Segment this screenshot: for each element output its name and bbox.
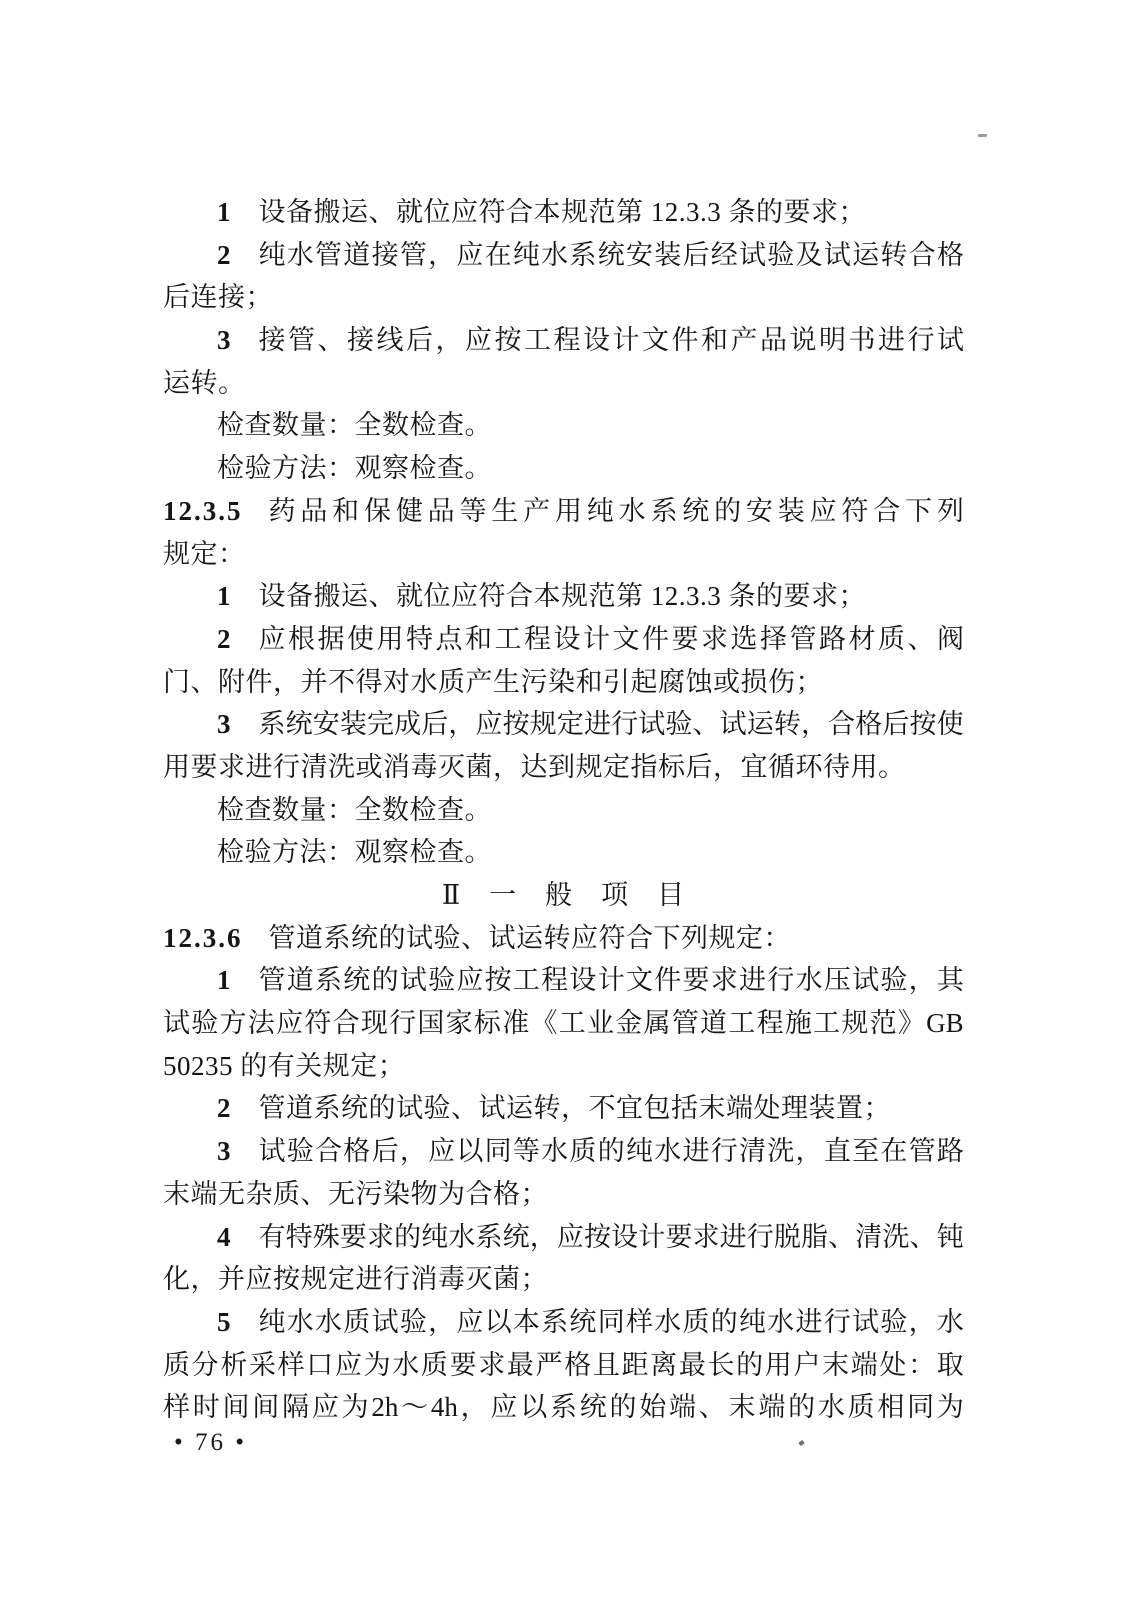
text-line: 检查数量：全数检查。 bbox=[163, 789, 964, 832]
item-number: 3 bbox=[217, 1130, 233, 1173]
line-text: 化，并应按规定进行消毒灭菌； bbox=[163, 1258, 548, 1301]
line-text: 纯水水质试验，应以本系统同样水质的纯水进行试验，水 bbox=[259, 1301, 965, 1344]
numbered-line: 12.3.5药品和保健品等生产用纯水系统的安装应符合下列 bbox=[163, 490, 964, 533]
line-text: 纯水管道接管，应在纯水系统安装后经试验及试运转合格 bbox=[259, 234, 965, 277]
text-line: 门、附件，并不得对水质产生污染和引起腐蚀或损伤； bbox=[163, 661, 964, 704]
item-number: 2 bbox=[217, 1087, 233, 1130]
line-text: 用要求进行清洗或消毒灭菌，达到规定指标后，宜循环待用。 bbox=[163, 746, 906, 789]
numbered-line: 5纯水水质试验，应以本系统同样水质的纯水进行试验，水 bbox=[163, 1301, 964, 1344]
text-line: 50235 的有关规定； bbox=[163, 1045, 964, 1088]
numbered-line: 3接管、接线后，应按工程设计文件和产品说明书进行试 bbox=[163, 319, 964, 362]
text-line: 用要求进行清洗或消毒灭菌，达到规定指标后，宜循环待用。 bbox=[163, 746, 964, 789]
numbered-line: 3系统安装完成后，应按规定进行试验、试运转，合格后按使 bbox=[163, 703, 964, 746]
line-text: 试验合格后，应以同等水质的纯水进行清洗，直至在管路 bbox=[259, 1130, 965, 1173]
numbered-line: 2纯水管道接管，应在纯水系统安装后经试验及试运转合格 bbox=[163, 234, 964, 277]
section-heading: Ⅱ 一 般 项 目 bbox=[163, 874, 964, 917]
line-text: 检验方法：观察检查。 bbox=[217, 447, 492, 490]
numbered-line: 1设备搬运、就位应符合本规范第 12.3.3 条的要求； bbox=[163, 575, 964, 618]
text-body: 1设备搬运、就位应符合本规范第 12.3.3 条的要求；2纯水管道接管，应在纯水… bbox=[163, 191, 964, 1429]
numbered-line: 12.3.6管道系统的试验、试运转应符合下列规定： bbox=[163, 917, 964, 960]
page-number: • 76 • bbox=[174, 1429, 247, 1457]
text-line: 检查数量：全数检查。 bbox=[163, 404, 964, 447]
line-text: 有特殊要求的纯水系统，应按设计要求进行脱脂、清洗、钝 bbox=[259, 1216, 965, 1259]
line-text: 设备搬运、就位应符合本规范第 12.3.3 条的要求； bbox=[259, 191, 867, 234]
numbered-line: 2管道系统的试验、试运转，不宜包括末端处理装置； bbox=[163, 1087, 964, 1130]
numbered-line: 4有特殊要求的纯水系统，应按设计要求进行脱脂、清洗、钝 bbox=[163, 1216, 964, 1259]
text-line: 样时间间隔应为 2h～4h，应以系统的始端、末端的水质相同为 bbox=[163, 1386, 964, 1429]
numbered-line: 3试验合格后，应以同等水质的纯水进行清洗，直至在管路 bbox=[163, 1130, 964, 1173]
line-text: 管道系统的试验、试运转应符合下列规定： bbox=[269, 917, 792, 960]
item-number: 2 bbox=[217, 618, 233, 661]
line-text: 应根据使用特点和工程设计文件要求选择管路材质、阀 bbox=[259, 618, 965, 661]
line-text: 规定： bbox=[163, 533, 246, 576]
line-text: 管道系统的试验、试运转，不宜包括末端处理装置； bbox=[259, 1087, 892, 1130]
line-text: 质分析采样口应为水质要求最严格且距离最长的用户末端处：取 bbox=[163, 1344, 964, 1387]
text-line: 运转。 bbox=[163, 362, 964, 405]
line-text: 门、附件，并不得对水质产生污染和引起腐蚀或损伤； bbox=[163, 661, 823, 704]
line-text: 后连接； bbox=[163, 276, 273, 319]
line-text: Ⅱ 一 般 项 目 bbox=[442, 874, 685, 917]
line-text: 运转。 bbox=[163, 362, 246, 405]
text-line: 化，并应按规定进行消毒灭菌； bbox=[163, 1258, 964, 1301]
text-line: 检验方法：观察检查。 bbox=[163, 831, 964, 874]
numbered-line: 2应根据使用特点和工程设计文件要求选择管路材质、阀 bbox=[163, 618, 964, 661]
line-text: 样时间间隔应为 2h～4h，应以系统的始端、末端的水质相同为 bbox=[163, 1386, 964, 1429]
text-line: 后连接； bbox=[163, 276, 964, 319]
line-text: 系统安装完成后，应按规定进行试验、试运转，合格后按使 bbox=[259, 703, 965, 746]
line-text: 检查数量：全数检查。 bbox=[217, 789, 492, 832]
item-number: 1 bbox=[217, 191, 233, 234]
item-number: 3 bbox=[217, 319, 233, 362]
item-number: 12.3.6 bbox=[163, 917, 243, 960]
line-text: 药品和保健品等生产用纯水系统的安装应符合下列 bbox=[269, 490, 965, 533]
numbered-line: 1管道系统的试验应按工程设计文件要求进行水压试验，其 bbox=[163, 959, 964, 1002]
text-line: 规定： bbox=[163, 533, 964, 576]
item-number: 2 bbox=[217, 234, 233, 277]
line-text: 管道系统的试验应按工程设计文件要求进行水压试验，其 bbox=[259, 959, 965, 1002]
item-number: 4 bbox=[217, 1216, 233, 1259]
line-text: 试验方法应符合现行国家标准《工业金属管道工程施工规范》GB bbox=[163, 1002, 964, 1045]
item-number: 1 bbox=[217, 575, 233, 618]
item-number: 1 bbox=[217, 959, 233, 1002]
numbered-line: 1设备搬运、就位应符合本规范第 12.3.3 条的要求； bbox=[163, 191, 964, 234]
text-line: 末端无杂质、无污染物为合格； bbox=[163, 1173, 964, 1216]
item-number: 5 bbox=[217, 1301, 233, 1344]
text-line: 试验方法应符合现行国家标准《工业金属管道工程施工规范》GB bbox=[163, 1002, 964, 1045]
document-page: 1设备搬运、就位应符合本规范第 12.3.3 条的要求；2纯水管道接管，应在纯水… bbox=[0, 0, 1142, 1600]
text-line: 检验方法：观察检查。 bbox=[163, 447, 964, 490]
line-text: 检查数量：全数检查。 bbox=[217, 404, 492, 447]
item-number: 12.3.5 bbox=[163, 490, 243, 533]
scan-speck-top bbox=[978, 134, 987, 137]
text-line: 质分析采样口应为水质要求最严格且距离最长的用户末端处：取 bbox=[163, 1344, 964, 1387]
line-text: 50235 的有关规定； bbox=[163, 1045, 405, 1088]
line-text: 检验方法：观察检查。 bbox=[217, 831, 492, 874]
line-text: 接管、接线后，应按工程设计文件和产品说明书进行试 bbox=[259, 319, 965, 362]
line-text: 设备搬运、就位应符合本规范第 12.3.3 条的要求； bbox=[259, 575, 867, 618]
scan-speck-bottom bbox=[798, 1440, 804, 1446]
line-text: 末端无杂质、无污染物为合格； bbox=[163, 1173, 548, 1216]
item-number: 3 bbox=[217, 703, 233, 746]
